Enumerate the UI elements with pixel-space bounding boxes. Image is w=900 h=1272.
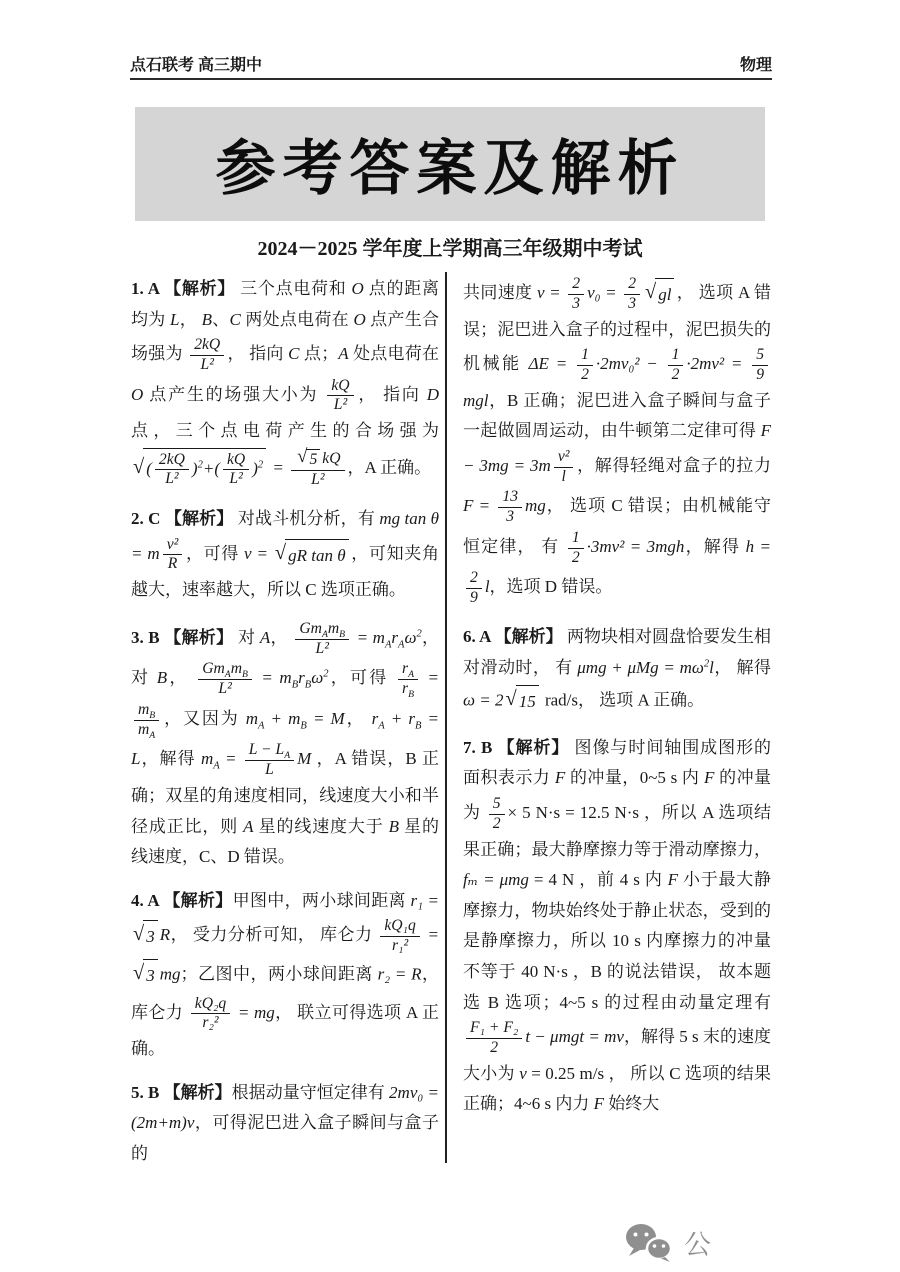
- title-banner: 参考答案及解析: [135, 107, 765, 221]
- fraction: 59: [752, 346, 768, 385]
- square-root: √gR tan θ: [275, 537, 349, 574]
- solution-paragraph: 1. A 【解析】 三个点电荷和 O 点的距离均为 L， B、C 两处点电荷在 …: [131, 274, 439, 491]
- fraction: √5kQL²: [291, 448, 344, 490]
- fraction: 52: [489, 795, 505, 834]
- fraction: F₁ + F₂2: [466, 1019, 522, 1058]
- fraction: v²l: [554, 448, 574, 487]
- fraction: 23: [568, 275, 584, 314]
- wechat-icon: [622, 1222, 674, 1262]
- fraction: v²R: [163, 536, 183, 575]
- square-root: √gl: [645, 276, 674, 313]
- fraction: 23: [624, 275, 640, 314]
- exam-subtitle: 2024－2025 学年度上学期高三年级期中考试: [0, 232, 900, 261]
- solution-paragraph: 4. A 【解析】甲图中，两小球间距离 r₁ = √3R， 受力分析可知， 库仑…: [131, 886, 439, 1065]
- fraction: kQ₁qr₁²: [380, 917, 419, 956]
- square-root: √15: [505, 683, 538, 720]
- fraction: 12: [668, 346, 684, 385]
- exam-answer-page: 点石联考 高三期中 物理 参考答案及解析 2024－2025 学年度上学期高三年…: [0, 0, 900, 1272]
- footer: 公: [622, 1222, 711, 1262]
- solution-paragraph: 2. C 【解析】 对战斗机分析，有 mg tan θ = mv²R，可得 v …: [131, 504, 439, 606]
- fraction: 29: [466, 569, 482, 608]
- page-title: 参考答案及解析: [216, 121, 685, 207]
- fraction: 12: [577, 346, 593, 385]
- header-left-text: 点石联考 高三期中: [130, 52, 262, 75]
- solution-paragraph: 3. B 【解析】 对 A， GmAmBL² = mArAω2，对 B， GmA…: [131, 619, 439, 873]
- solution-paragraph: 7. B 【解析】 图像与时间轴围成图形的面积表示力 F 的冲量，0~5 s 内…: [463, 733, 771, 1120]
- fraction: 2kQL²: [155, 451, 189, 490]
- answers-column-left: 1. A 【解析】 三个点电荷和 O 点的距离均为 L， B、C 两处点电荷在 …: [131, 274, 439, 1166]
- square-root: √5: [297, 448, 320, 471]
- fraction: kQL²: [223, 451, 249, 490]
- fraction: mBmA: [134, 701, 159, 740]
- header-right-text: 物理: [740, 52, 772, 75]
- answers-column-right: 共同速度 v = 23v₀ = 23√gl， 选项 A 错误；泥巴进入盒子的过程…: [463, 274, 771, 1166]
- fraction: 12: [568, 529, 584, 568]
- fraction: rArB: [398, 660, 418, 699]
- fraction: GmAmBL²: [198, 660, 252, 699]
- fraction: L − LAL: [245, 741, 294, 780]
- square-root: √3: [133, 918, 158, 955]
- fraction: GmAmBL²: [295, 620, 349, 659]
- fraction: kQ₂qr₂²: [191, 995, 230, 1034]
- solution-paragraph: 共同速度 v = 23v₀ = 23√gl， 选项 A 错误；泥巴进入盒子的过程…: [463, 274, 771, 609]
- solution-paragraph: 6. A 【解析】 两物块相对圆盘恰要发生相对滑动时， 有 μmg + μMg …: [463, 622, 771, 720]
- square-root: √(2kQL²)2+(kQL²)2: [133, 448, 266, 491]
- fraction: 133: [498, 488, 522, 527]
- solution-paragraph: 5. B 【解析】根据动量守恒定律有 2mv₀ = (2m+m)v，可得泥巴进入…: [131, 1078, 439, 1166]
- page-header: 点石联考 高三期中 物理: [130, 52, 772, 80]
- square-root: √3: [133, 957, 158, 994]
- fraction: 2kQL²: [190, 336, 224, 375]
- fraction: kQL²: [327, 377, 353, 416]
- column-divider: [445, 272, 447, 1163]
- footer-label: 公: [684, 1223, 711, 1262]
